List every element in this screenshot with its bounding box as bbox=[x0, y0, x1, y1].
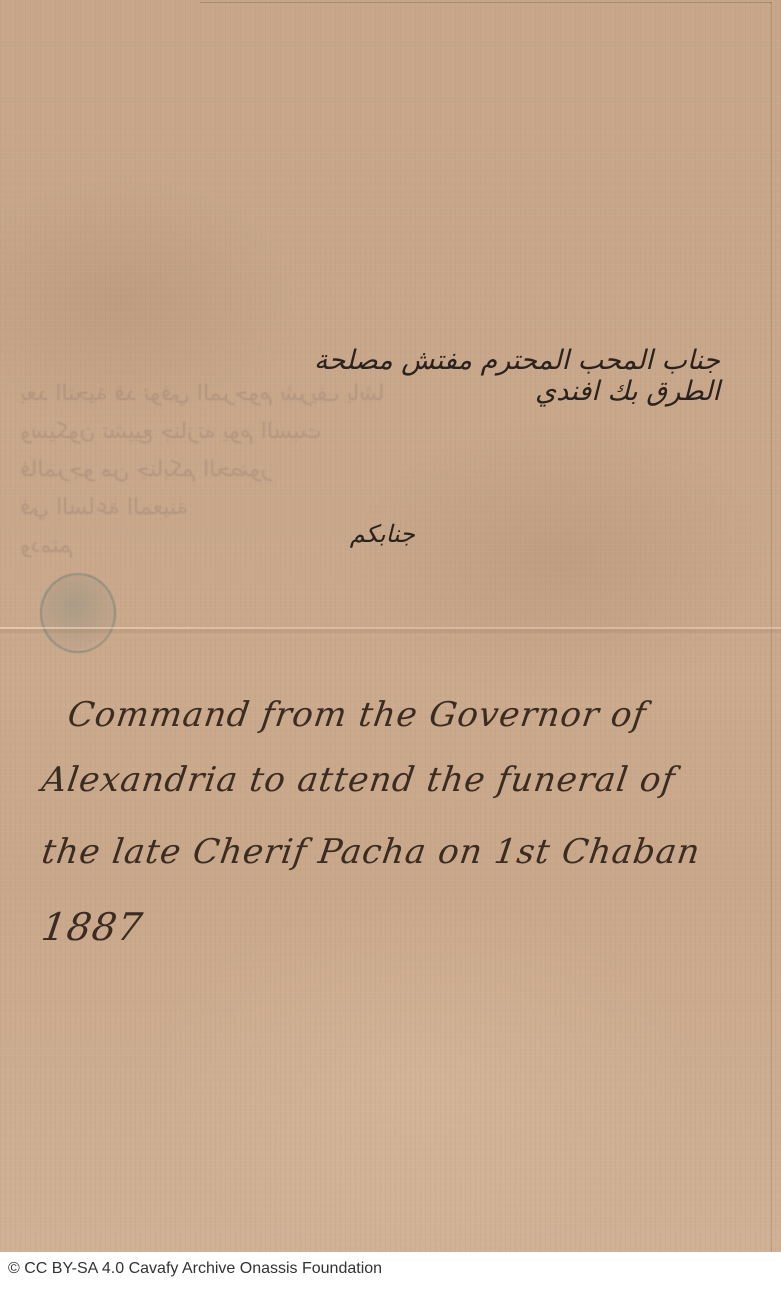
bleed-through-text: بعد التحية قد توفي المرحوم شريف باشا وسي… bbox=[20, 375, 740, 605]
handwritten-note-line-2: Alexandria to attend the funeral of bbox=[39, 760, 678, 800]
license-credit: © CC BY-SA 4.0 Cavafy Archive Onassis Fo… bbox=[8, 1260, 382, 1278]
arabic-address-line: جناب المحب المحترم مفتش مصلحة الطرق بك ا… bbox=[300, 345, 720, 407]
fold-shadow bbox=[0, 629, 781, 633]
document-scan: بعد التحية قد توفي المرحوم شريف باشا وسي… bbox=[0, 0, 781, 1252]
bleed-line: فالمرجو من جنابكم الحضور bbox=[20, 451, 740, 489]
bleed-line: وسيكون تشييع جنازته يوم السبت bbox=[20, 413, 740, 451]
seal-stamp-icon bbox=[40, 573, 116, 653]
paper-texture bbox=[0, 0, 781, 1252]
handwritten-note-line-1: Command from the Governor of bbox=[65, 695, 649, 735]
paper-top-edge bbox=[200, 2, 772, 3]
handwritten-note-year: 1887 bbox=[39, 905, 146, 949]
arabic-salutation: جنابكم bbox=[325, 520, 415, 548]
handwritten-note-line-3: the late Cherif Pacha on 1st Chaban bbox=[39, 832, 703, 872]
